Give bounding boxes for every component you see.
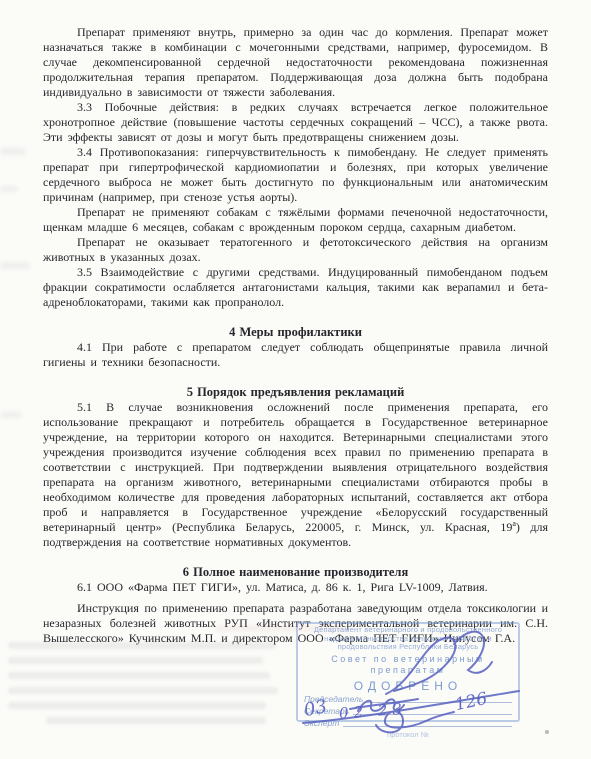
scan-artifact [8,672,270,679]
signature-stroke [386,638,455,694]
scan-artifact [8,702,266,709]
scan-artifact [46,717,266,724]
handwritten-signatures [270,612,590,759]
paragraph-interactions: 3.5 Взаимодействие с другими средствами.… [43,265,548,310]
claims-text-start: 5.1 В случае возникновения осложнений по… [43,400,548,534]
scan-artifact [0,262,30,269]
section-heading-6: 6 Полное наименование производителя [43,565,548,580]
paragraph-contraindications: 3.4 Противопоказания: гиперчувствительно… [43,145,548,205]
scan-artifact [0,412,22,418]
paragraph-claims: 5.1 В случае возникновения осложнений по… [43,400,548,550]
section-heading-5: 5 Порядок предъявления рекламаций [43,385,548,400]
scan-artifact [0,148,26,155]
document-text-block: Препарат применяют внутрь, примерно за о… [43,25,548,646]
scan-artifact [8,657,263,664]
paragraph-dosage: Препарат применяют внутрь, примерно за о… [43,25,548,100]
scan-artifact [0,186,18,192]
paragraph-side-effects: 3.3 Побочные действия: в редких случаях … [43,100,548,145]
bleed-through-text-ghost [8,634,283,732]
paragraph-precautions: 4.1 При работе с препаратом следует собл… [43,340,548,370]
paragraph-restrictions: Препарат не применяют собакам с тяжёлыми… [43,205,548,235]
paragraph-teratogenic: Препарат не оказывает тератогенного и фе… [43,235,548,265]
signature-stroke [454,632,492,673]
scan-artifact [8,687,278,694]
scan-artifact [8,642,276,649]
paragraph-manufacturer: 6.1 ООО «Фарма ПЕТ ГИГИ», ул. Матиса, д.… [43,580,548,595]
section-heading-4: 4 Меры профилактики [43,325,548,340]
